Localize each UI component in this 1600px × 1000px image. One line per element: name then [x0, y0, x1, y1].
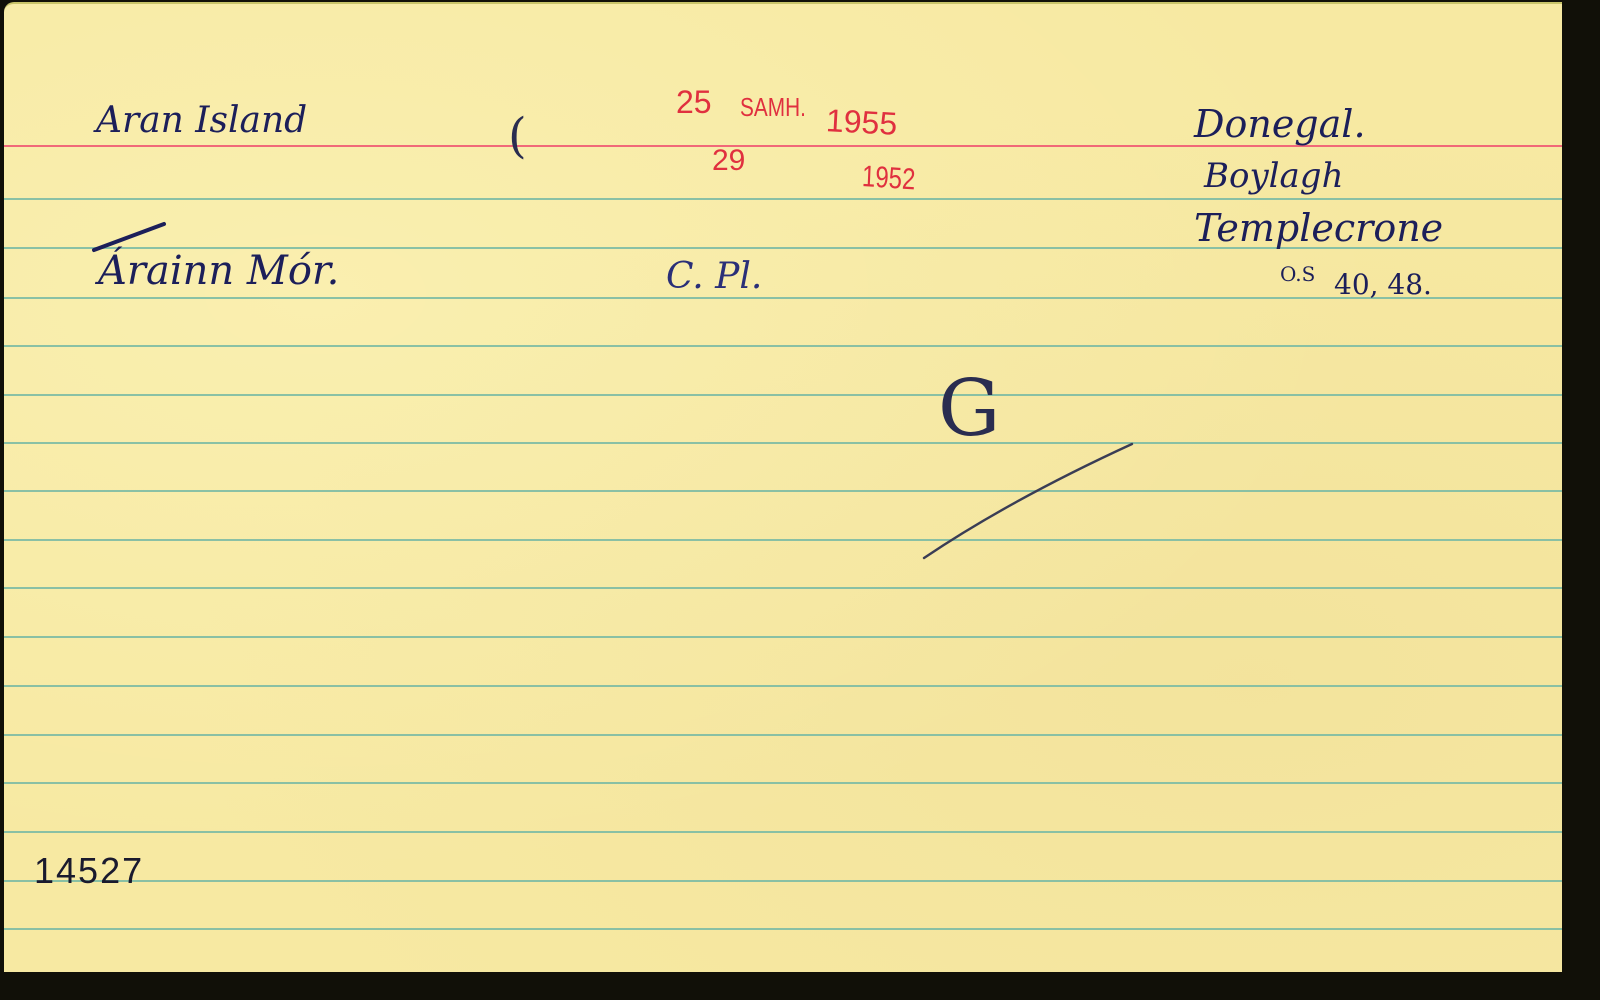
green-rule	[4, 734, 1562, 736]
green-rule	[4, 345, 1562, 347]
green-rule	[4, 297, 1562, 299]
parish-name: Templecrone	[1194, 206, 1443, 250]
green-rule	[4, 587, 1562, 589]
green-rule	[4, 685, 1562, 687]
stamp-month: SAMH.	[740, 92, 806, 123]
diagonal-check-stroke-icon	[920, 440, 1140, 564]
card-index-number: 14527	[34, 850, 144, 892]
os-label: O.S	[1280, 262, 1315, 286]
green-rule	[4, 539, 1562, 541]
os-sheet-numbers: 40, 48.	[1334, 268, 1432, 301]
green-rule	[4, 442, 1562, 444]
barony-name: Boylagh	[1204, 156, 1343, 196]
stamp-day: 25	[676, 84, 712, 121]
green-rule	[4, 636, 1562, 638]
stamp-day: 29	[712, 144, 745, 178]
green-rule	[4, 198, 1562, 200]
place-name-irish: Árainn Mór.	[98, 248, 339, 294]
place-name-english: Aran Island	[96, 100, 307, 141]
green-rule	[4, 928, 1562, 930]
green-rule	[4, 831, 1562, 833]
county-name: Donegal.	[1194, 102, 1366, 146]
source-abbreviation: C. Pl.	[666, 256, 762, 297]
green-rule	[4, 880, 1562, 882]
stamp-year: 1955	[825, 102, 898, 143]
index-card: Aran Island ( 25 SAMH. 1955 29 1952 Árai…	[4, 2, 1562, 972]
green-rule	[4, 394, 1562, 396]
stamp-year: 1952	[861, 160, 916, 197]
bracket-mark: (	[508, 108, 527, 164]
green-rule	[4, 490, 1562, 492]
green-rule	[4, 782, 1562, 784]
